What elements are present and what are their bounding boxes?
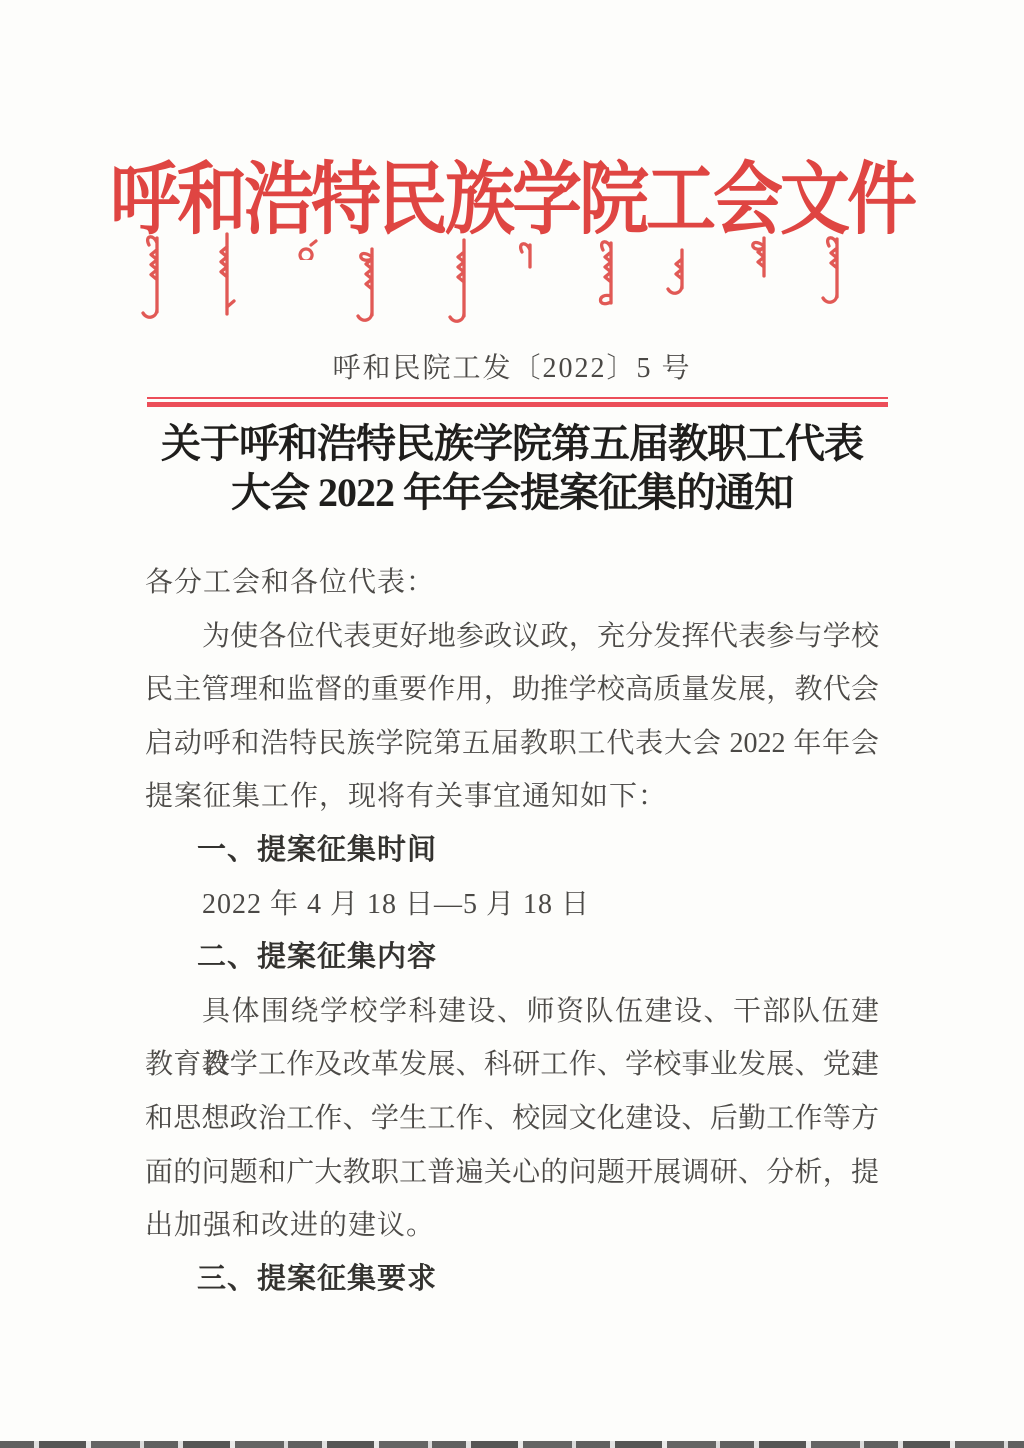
body-line: 教育教学工作及改革发展、科研工作、学校事业发展、党建 bbox=[145, 1038, 879, 1092]
mongolian-word bbox=[356, 243, 382, 328]
mongolian-word bbox=[821, 233, 847, 310]
red-divider-thick-line bbox=[147, 402, 888, 407]
document-title-line2: 大会 2022 年年会提案征集的通知 bbox=[0, 468, 1024, 517]
body-line: 和思想政治工作、学生工作、校园文化建设、后勤工作等方 bbox=[145, 1092, 879, 1146]
mongolian-word bbox=[297, 238, 323, 265]
body-heading-line: 二、提案征集内容 bbox=[145, 931, 879, 985]
body-line: 具体围绕学校学科建设、师资队伍建设、干部队伍建设、 bbox=[145, 985, 879, 1039]
mongolian-word bbox=[448, 234, 474, 329]
body-line: 为使各位代表更好地参政议政，充分发挥代表参与学校 bbox=[145, 610, 879, 664]
body-heading-line: 一、提案征集时间 bbox=[145, 824, 879, 878]
body-line: 启动呼和浩特民族学院第五届教职工代表大会 2022 年年会 bbox=[145, 717, 879, 771]
body-line: 各分工会和各位代表： bbox=[145, 556, 879, 610]
document-title: 关于呼和浩特民族学院第五届教职工代表 大会 2022 年年会提案征集的通知 bbox=[0, 419, 1024, 517]
mongolian-word bbox=[666, 244, 692, 301]
body-line: 2022 年 4 月 18 日—5 月 18 日 bbox=[145, 878, 879, 932]
mongolian-word bbox=[595, 237, 621, 316]
document-body: 各分工会和各位代表：为使各位代表更好地参政议政，充分发挥代表参与学校民主管理和监… bbox=[145, 556, 879, 1306]
body-line: 出加强和改进的建议。 bbox=[145, 1199, 879, 1253]
mongolian-word bbox=[748, 232, 774, 289]
red-divider-rule bbox=[147, 397, 888, 407]
body-line: 民主管理和监督的重要作用，助推学校高质量发展，教代会 bbox=[145, 663, 879, 717]
mongolian-word bbox=[514, 239, 540, 280]
mongolian-word bbox=[141, 232, 167, 325]
body-line: 面的问题和广大教职工普遍关心的问题开展调研、分析，提 bbox=[145, 1146, 879, 1200]
mongolian-word bbox=[211, 228, 237, 327]
body-heading-line: 三、提案征集要求 bbox=[145, 1253, 879, 1307]
body-line: 提案征集工作，现将有关事宜通知如下： bbox=[145, 770, 879, 824]
scanned-document-page: 呼和浩特民族学院工会文件 呼和民院工发〔2022〕5 号 关于呼和浩特民族学院第… bbox=[0, 0, 1024, 1448]
document-number: 呼和民院工发〔2022〕5 号 bbox=[0, 346, 1024, 386]
scanner-edge-artifact bbox=[0, 1441, 1024, 1448]
document-title-line1: 关于呼和浩特民族学院第五届教职工代表 bbox=[0, 419, 1024, 468]
